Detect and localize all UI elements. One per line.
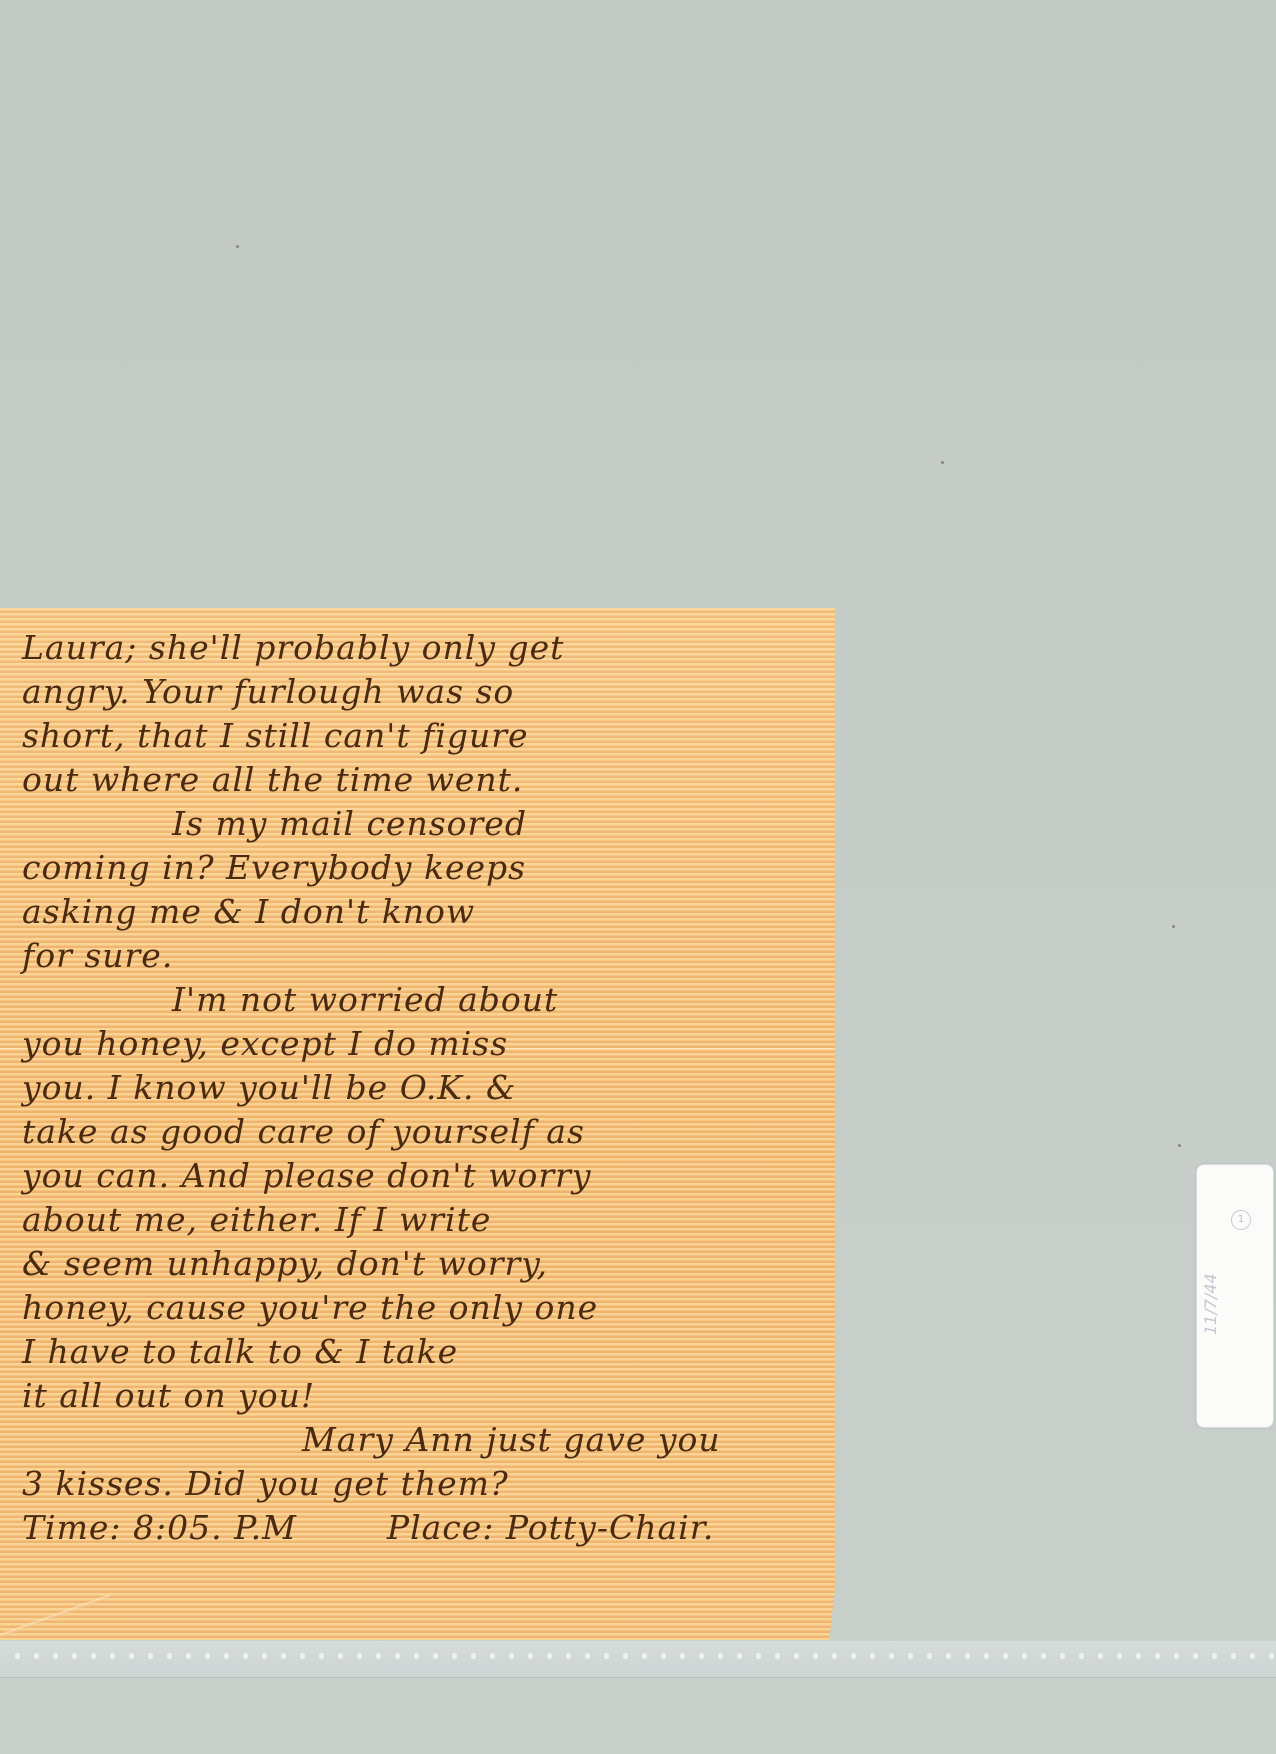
letter-line: Laura; she'll probably only get — [22, 626, 815, 670]
dust-speck — [1172, 925, 1175, 928]
letter-line: honey, cause you're the only one — [22, 1286, 815, 1330]
label-item-number: 1 — [1231, 1210, 1251, 1230]
letter-line: you. I know you'll be O.K. & — [22, 1066, 815, 1110]
place-note: Place: Potty-Chair. — [387, 1506, 714, 1550]
sleeve-perforations — [8, 1651, 1276, 1661]
letter-line: about me, either. If I write — [22, 1198, 815, 1242]
letter-line: short, that I still can't figure — [22, 714, 815, 758]
dust-speck — [236, 245, 239, 248]
letter-line: Is my mail censored — [22, 802, 815, 846]
letter-line: you honey, except I do miss — [22, 1022, 815, 1066]
archival-sleeve-edge — [0, 1641, 1276, 1678]
letter-footer: Time: 8:05. P.M Place: Potty-Chair. — [22, 1506, 815, 1550]
archive-label: 1 11/7/44 — [1196, 1164, 1274, 1428]
dust-speck — [1178, 1144, 1181, 1147]
letter-line: & seem unhappy, don't worry, — [22, 1242, 815, 1286]
letter-page: Laura; she'll probably only get angry. Y… — [0, 608, 835, 1640]
letter-body: Laura; she'll probably only get angry. Y… — [22, 626, 815, 1550]
letter-line: take as good care of yourself as — [22, 1110, 815, 1154]
corner-fold — [0, 1590, 110, 1640]
letter-line: I'm not worried about — [22, 978, 815, 1022]
letter-line: you can. And please don't worry — [22, 1154, 815, 1198]
letter-line: coming in? Everybody keeps — [22, 846, 815, 890]
letter-line: for sure. — [22, 934, 815, 978]
letter-line: out where all the time went. — [22, 758, 815, 802]
letter-line: I have to talk to & I take — [22, 1330, 815, 1374]
letter-line: angry. Your furlough was so — [22, 670, 815, 714]
letter-line: asking me & I don't know — [22, 890, 815, 934]
letter-line: Mary Ann just gave you — [22, 1418, 815, 1462]
label-date: 11/7/44 — [1201, 1245, 1220, 1335]
letter-line: it all out on you! — [22, 1374, 815, 1418]
letter-line: 3 kisses. Did you get them? — [22, 1462, 815, 1506]
time-note: Time: 8:05. P.M — [22, 1506, 297, 1550]
dust-speck — [941, 461, 944, 464]
